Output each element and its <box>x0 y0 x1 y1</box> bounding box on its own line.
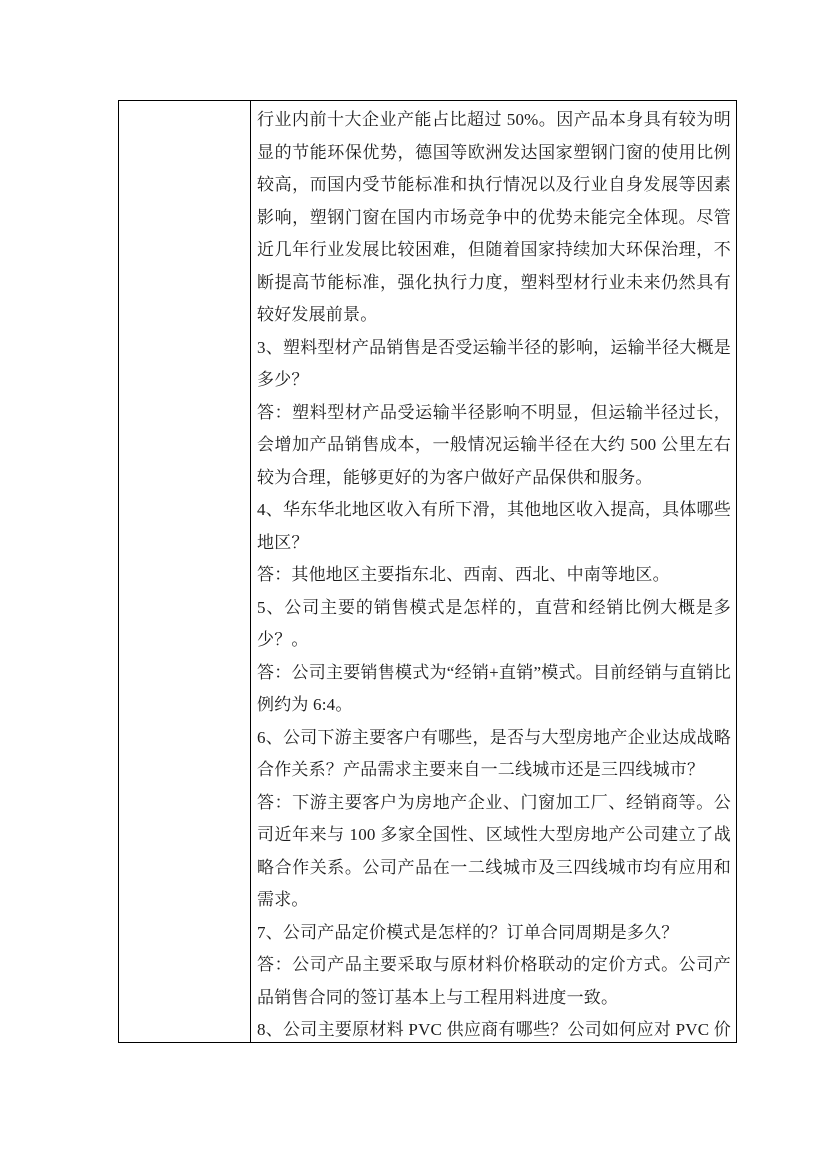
qa-paragraph: 4、华东华北地区收入有所下滑，其他地区收入提高，具体哪些地区？ <box>257 494 731 559</box>
qa-record-table: 行业内前十大企业产能占比超过 50%。因产品本身具有较为明显的节能环保优势，德国… <box>118 100 737 1043</box>
qa-paragraph: 6、公司下游主要客户有哪些，是否与大型房地产企业达成战略合作关系？产品需求主要来… <box>257 722 731 787</box>
qa-paragraph: 7、公司产品定价模式是怎样的？订单合同周期是多久？ <box>257 917 731 950</box>
qa-paragraph: 答：塑料型材产品受运输半径影响不明显，但运输半径过长，会增加产品销售成本，一般情… <box>257 397 731 495</box>
qa-paragraph: 答：下游主要客户为房地产企业、门窗加工厂、经销商等。公司近年来与 100 多家全… <box>257 787 731 917</box>
qa-paragraph: 答：公司主要销售模式为“经销+直销”模式。目前经销与直销比例约为 6:4。 <box>257 657 731 722</box>
qa-paragraph: 答：公司产品主要采取与原材料价格联动的定价方式。公司产品销售合同的签订基本上与工… <box>257 949 731 1014</box>
qa-paragraph: 答：其他地区主要指东北、西南、西北、中南等地区。 <box>257 559 731 592</box>
table-cell-label-empty <box>119 101 251 1042</box>
qa-paragraph: 3、塑料型材产品销售是否受运输半径的影响，运输半径大概是多少？ <box>257 332 731 397</box>
document-page: 行业内前十大企业产能占比超过 50%。因产品本身具有较为明显的节能环保优势，德国… <box>0 0 827 1169</box>
qa-paragraph: 行业内前十大企业产能占比超过 50%。因产品本身具有较为明显的节能环保优势，德国… <box>257 104 731 332</box>
qa-paragraph: 8、公司主要原材料 PVC 供应商有哪些？公司如何应对 PVC 价格的大幅波动？ <box>257 1014 731 1042</box>
qa-paragraph: 5、公司主要的销售模式是怎样的，直营和经销比例大概是多少？。 <box>257 592 731 657</box>
table-cell-qa-content: 行业内前十大企业产能占比超过 50%。因产品本身具有较为明显的节能环保优势，德国… <box>251 101 736 1042</box>
